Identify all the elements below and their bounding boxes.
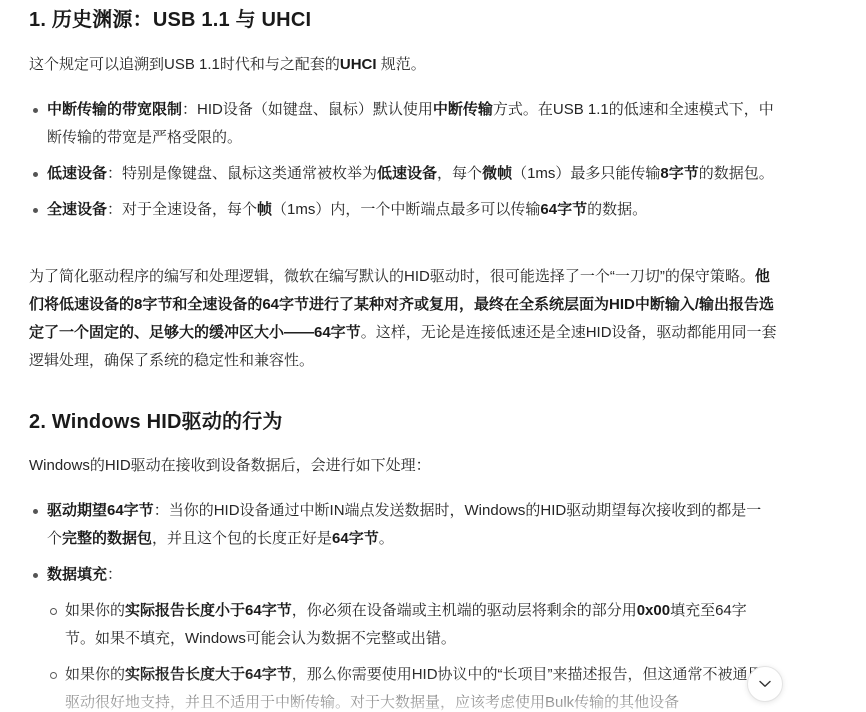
section-1-list: 中断传输的带宽限制：HID设备（如键盘、鼠标）默认使用中断传输方式。在USB 1… — [29, 96, 774, 224]
list-item-data-padding: 数据填充： 如果你的实际报告长度小于64字节，你必须在设备端或主机端的驱动层将剩… — [29, 561, 774, 712]
section-2-heading: 2. Windows HID驱动的行为 — [29, 408, 283, 436]
chevron-down-icon — [759, 680, 771, 688]
scroll-to-bottom-button[interactable] — [747, 666, 783, 702]
padding-sub-list: 如果你的实际报告长度小于64字节，你必须在设备端或主机端的驱动层将剩余的部分用0… — [47, 597, 774, 712]
sub-item-smaller-than-64: 如果你的实际报告长度小于64字节，你必须在设备端或主机端的驱动层将剩余的部分用0… — [47, 597, 774, 653]
list-item-low-speed: 低速设备：特别是像键盘、鼠标这类通常被枚举为低速设备，每个微帧（1ms）最多只能… — [29, 160, 774, 188]
sub-item-larger-than-64: 如果你的实际报告长度大于64字节，那么你需要使用HID协议中的“长项目”来描述报… — [47, 661, 774, 712]
section-1-intro: 这个规定可以追溯到USB 1.1时代和与之配套的UHCI 规范。 — [29, 51, 426, 79]
section-1-heading: 1. 历史渊源：USB 1.1 与 UHCI — [29, 6, 311, 34]
list-item-interrupt-bandwidth: 中断传输的带宽限制：HID设备（如键盘、鼠标）默认使用中断传输方式。在USB 1… — [29, 96, 774, 152]
list-item-full-speed: 全速设备：对于全速设备，每个帧（1ms）内，一个中断端点最多可以传输64字节的数… — [29, 196, 774, 224]
list-item-driver-expects-64: 驱动期望64字节：当你的HID设备通过中断IN端点发送数据时，Windows的H… — [29, 497, 774, 553]
section-2-list: 驱动期望64字节：当你的HID设备通过中断IN端点发送数据时，Windows的H… — [29, 497, 774, 712]
section-2-intro: Windows的HID驱动在接收到设备数据后，会进行如下处理： — [29, 452, 431, 480]
section-1-summary: 为了简化驱动程序的编写和处理逻辑，微软在编写默认的HID驱动时，很可能选择了一个… — [29, 263, 779, 375]
